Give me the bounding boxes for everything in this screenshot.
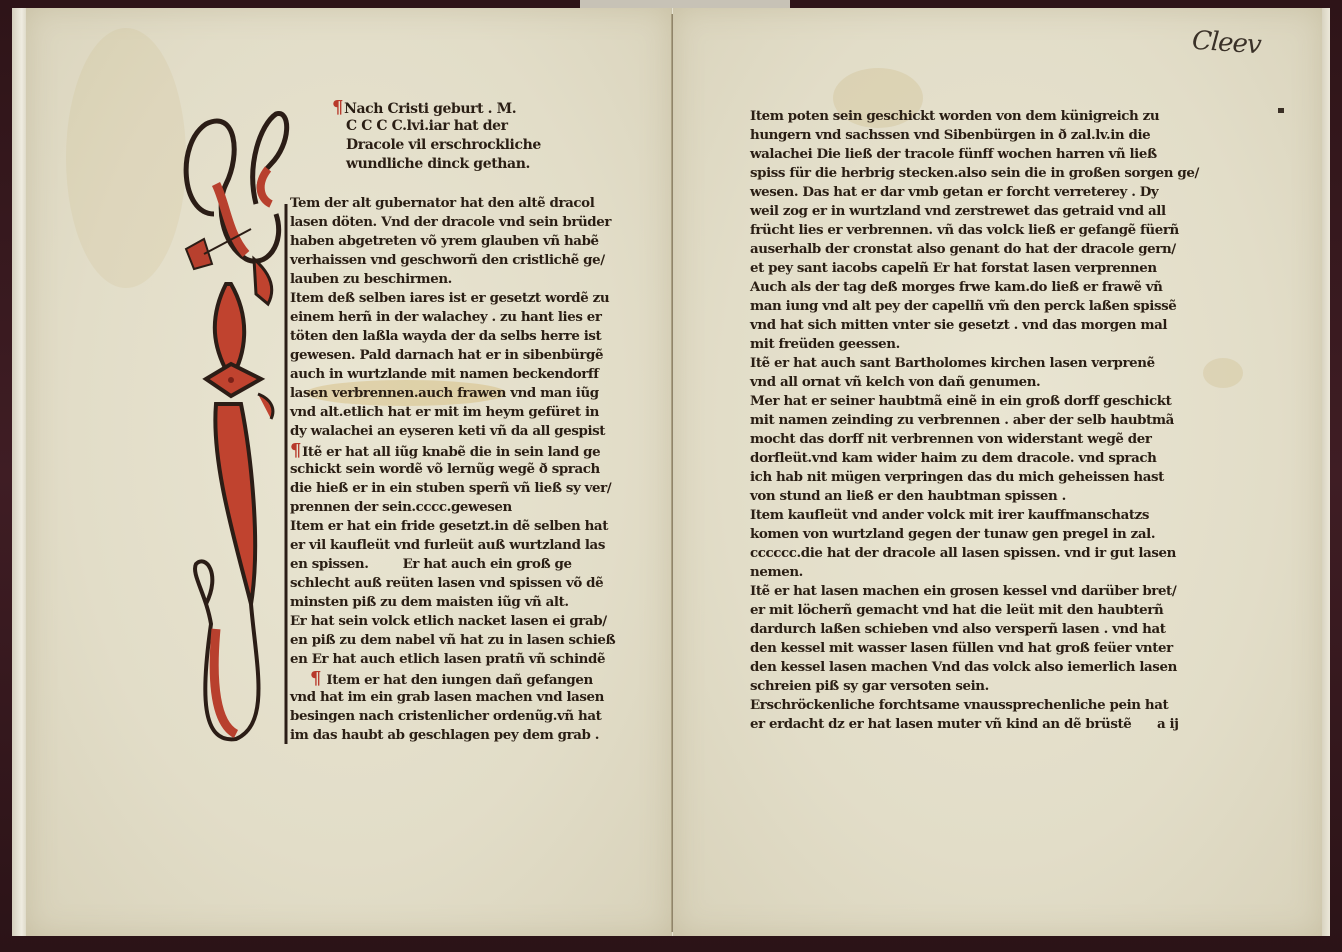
text-line: schreien piß sy gar versoten sein. — [750, 677, 1199, 696]
text-line: hungern vnd sachssen vnd Sibenbürgen in … — [750, 126, 1199, 145]
folio-mark: Cleev — [1191, 26, 1262, 61]
text-line: töten den laßla wayda der da selbs herre… — [290, 327, 615, 346]
text-line: lauben zu beschirmen. — [290, 270, 615, 289]
text-line: die hieß er in ein stuben sperñ vñ ließ … — [290, 479, 615, 498]
text-line: minsten piß zu dem maisten iũg vñ alt. — [290, 593, 615, 612]
text-line: lasen verbrennen.auch frawen vnd man iũg — [290, 384, 615, 403]
pilcrow-mark: ¶ — [310, 668, 321, 689]
paper-stain — [66, 28, 186, 288]
text-line: prennen der sein.cccc.gewesen — [290, 498, 615, 517]
text-line: verhaissen vnd geschworñ den cristlichẽ … — [290, 251, 615, 270]
right-page-body: Item poten sein geschickt worden von dem… — [750, 107, 1199, 734]
text-line: mit namen zeinding zu verbrennen . aber … — [750, 411, 1199, 430]
text-line: er mit löcherñ gemacht vnd hat die leüt … — [750, 601, 1199, 620]
text-line: vnd alt.etlich hat er mit im heym gefüre… — [290, 403, 615, 422]
text-line: nemen. — [750, 563, 1199, 582]
text-line: en Er hat auch etlich lasen pratñ vñ sch… — [290, 650, 615, 669]
text-line: dorfleüt.vnd kam wider haim zu dem draco… — [750, 449, 1199, 468]
text-line: weil zog er in wurtzland vnd zerstrewet … — [750, 202, 1199, 221]
text-line: spiss für die herbrig stecken.also sein … — [750, 164, 1199, 183]
text-line: dardurch laßen schieben vnd also versper… — [750, 620, 1199, 639]
text-line-content: Itẽ er hat all iũg knabẽ die in sein lan… — [302, 444, 600, 460]
text-line: Tem der alt gubernator hat den altẽ drac… — [290, 194, 615, 213]
text-line: ¶Itẽ er hat all iũg knabẽ die in sein la… — [290, 441, 615, 460]
text-line-content: Item er hat den iungen dañ gefangen — [322, 672, 593, 688]
text-line: einem herñ in der walachey . zu hant lie… — [290, 308, 615, 327]
text-line: auserhalb der cronstat also genant do ha… — [750, 240, 1199, 259]
text-line: ¶ Item er hat den iungen dañ gefangen — [290, 669, 615, 688]
heading-line: wundliche dinck gethan. — [332, 155, 541, 174]
text-line: frücht lies er verbrennen. vñ das volck … — [750, 221, 1199, 240]
left-page-body: Tem der alt gubernator hat den altẽ drac… — [290, 194, 615, 745]
text-line: wesen. Das hat er dar vmb getan er forch… — [750, 183, 1199, 202]
text-line: en spissen. Er hat auch ein groß ge — [290, 555, 615, 574]
text-line: schlecht auß reüten lasen vnd spissen võ… — [290, 574, 615, 593]
text-line: Er hat sein volck etlich nacket lasen ei… — [290, 612, 615, 631]
text-line: cccccc.die hat der dracole all lasen spi… — [750, 544, 1199, 563]
chapter-heading: ¶Nach Cristi geburt . M. C C C C.lvi.iar… — [332, 98, 541, 174]
text-line: en piß zu dem nabel vñ hat zu in lasen s… — [290, 631, 615, 650]
heading-line: C C C C.lvi.iar hat der — [332, 117, 541, 136]
pilcrow-mark: ¶ — [290, 440, 301, 461]
text-line: Itẽ er hat lasen machen ein grosen kesse… — [750, 582, 1199, 601]
heading-line: Dracole vil erschrockliche — [332, 136, 541, 155]
text-line: mit freüden geessen. — [750, 335, 1199, 354]
text-line: Mer hat er seiner haubtmã einẽ in ein gr… — [750, 392, 1199, 411]
text-line: et pey sant iacobs capelñ Er hat forstat… — [750, 259, 1199, 278]
text-line: im das haubt ab geschlagen pey dem grab … — [290, 726, 615, 745]
book-edge-right — [1322, 8, 1330, 936]
text-line: vnd hat im ein grab lasen machen vnd las… — [290, 688, 615, 707]
text-line: von stund an ließ er den haubtman spisse… — [750, 487, 1199, 506]
text-line: den kessel lasen machen Vnd das volck al… — [750, 658, 1199, 677]
text-line-content: en spissen. Er hat auch ein groß ge — [290, 556, 572, 572]
text-line: mocht das dorff nit verbrennen von wider… — [750, 430, 1199, 449]
text-line: er erdacht dz er hat lasen muter vñ kind… — [750, 715, 1199, 734]
text-line: vnd all ornat vñ kelch von dañ genumen. — [750, 373, 1199, 392]
text-line: Erschröckenliche forchtsame vnausspreche… — [750, 696, 1199, 715]
text-line: schickt sein wordẽ võ lernũg wegẽ ð spra… — [290, 460, 615, 479]
text-line: Auch als der tag deß morges frwe kam.do … — [750, 278, 1199, 297]
heading-line-text: Nach Cristi geburt . M. — [344, 101, 516, 117]
text-line: auch in wurtzlande mit namen beckendorff — [290, 365, 615, 384]
text-line: haben abgetreten võ yrem glauben vñ habẽ — [290, 232, 615, 251]
ink-speck — [1278, 108, 1284, 113]
text-line: gewesen. Pald darnach hat er in sibenbür… — [290, 346, 615, 365]
text-line: walachei Die ließ der tracole fünff woch… — [750, 145, 1199, 164]
text-line: dy walachei an eyseren keti vñ da all ge… — [290, 422, 615, 441]
text-line: Item deß selben iares ist er gesetzt wor… — [290, 289, 615, 308]
text-line: er vil kaufleüt vnd furleüt auß wurtzlan… — [290, 536, 615, 555]
mounting-tape — [580, 0, 790, 8]
text-line: komen von wurtzland gegen der tunaw gen … — [750, 525, 1199, 544]
text-line: Item kaufleüt vnd ander volck mit irer k… — [750, 506, 1199, 525]
text-line: Item poten sein geschickt worden von dem… — [750, 107, 1199, 126]
decorated-initial-i — [176, 104, 296, 754]
text-line: vnd hat sich mitten vnter sie gesetzt . … — [750, 316, 1199, 335]
text-line: ich hab nit mügen verpringen das du mich… — [750, 468, 1199, 487]
paper-stain — [1203, 358, 1243, 388]
text-line: Item er hat ein fride gesetzt.in dẽ selb… — [290, 517, 615, 536]
text-line: den kessel mit wasser lasen füllen vnd h… — [750, 639, 1199, 658]
pilcrow-mark: ¶ — [332, 97, 343, 118]
text-line: man iung vnd alt pey der capellñ vm̃ den… — [750, 297, 1199, 316]
heading-line: ¶Nach Cristi geburt . M. — [332, 98, 541, 117]
text-line: Itẽ er hat auch sant Bartholomes kirchen… — [750, 354, 1199, 373]
text-line: lasen döten. Vnd der dracole vnd sein br… — [290, 213, 615, 232]
text-line: besingen nach cristenlicher ordenũg.vñ h… — [290, 707, 615, 726]
